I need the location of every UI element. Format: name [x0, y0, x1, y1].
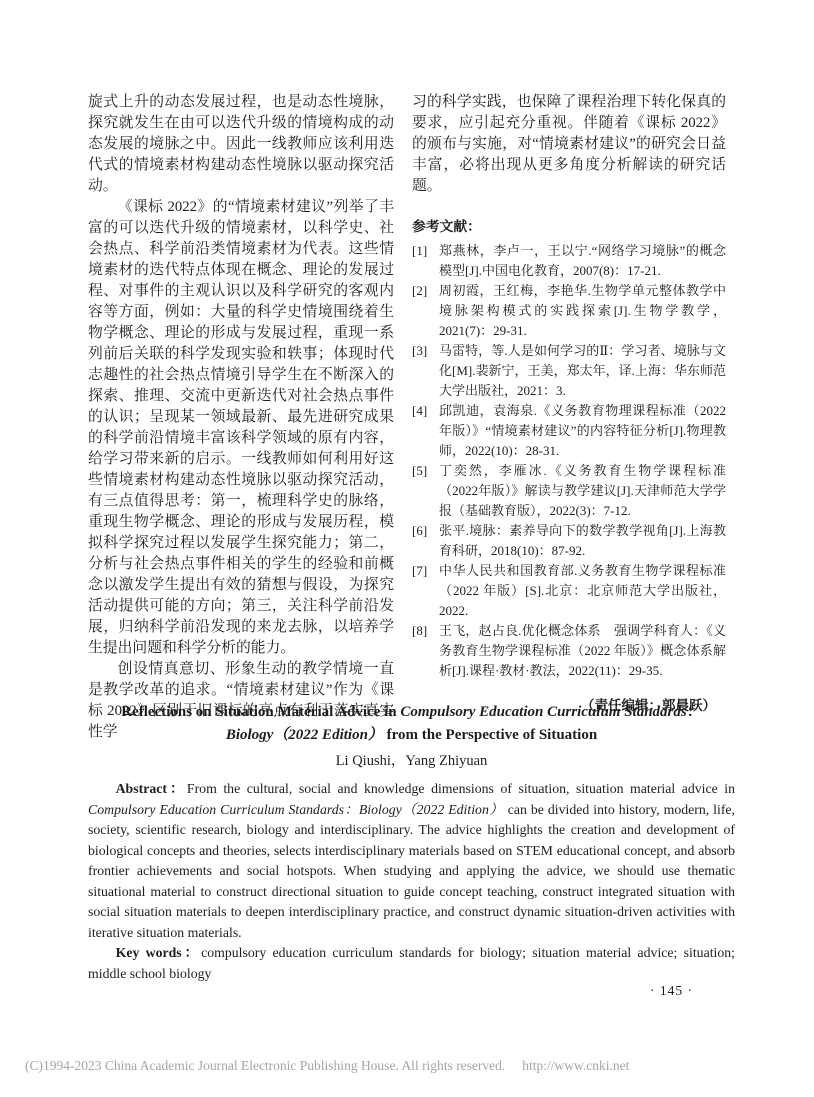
- reference-text: 周初霞，王红梅，李艳华.生物学单元整体教学中境脉架构模式的实践探索[J].生物学…: [439, 283, 726, 338]
- reference-item: [1]郑燕林，李卢一，王以宁.“网络学习境脉”的概念模型[J].中国电化教育，2…: [412, 241, 726, 281]
- reference-item: [4]邱凯迪，袁海泉.《义务教育物理课程标准（2022年版）》“情境素材建议”的…: [412, 401, 726, 461]
- abstract-text: From the cultural, social and knowledge …: [187, 781, 735, 796]
- title-text: Reflections on Situation Material Advice…: [121, 704, 400, 720]
- reference-item: [2]周初霞，王红梅，李艳华.生物学单元整体教学中境脉架构模式的实践探索[J].…: [412, 281, 726, 341]
- reference-number: [2]: [412, 281, 427, 301]
- english-title: Reflections on Situation Material Advice…: [88, 701, 735, 747]
- abstract-label: Abstract：: [116, 781, 187, 796]
- abstract-italic-text: Compulsory Education Curriculum Standard…: [88, 802, 504, 817]
- left-column: 旋式上升的动态发展过程，也是动态性境脉，探究就发生在由可以迭代升级的情境构成的动…: [88, 92, 394, 743]
- authors: Li Qiushi，Yang Zhiyuan: [88, 750, 735, 772]
- english-section: Reflections on Situation Material Advice…: [88, 701, 735, 984]
- reference-number: [5]: [412, 461, 427, 481]
- body-paragraph: 旋式上升的动态发展过程，也是动态性境脉，探究就发生在由可以迭代升级的情境构成的动…: [88, 92, 394, 197]
- footer-copyright: (C)1994-2023 China Academic Journal Elec…: [25, 1058, 505, 1073]
- title-text: from the Perspective of Situation: [383, 727, 597, 743]
- keywords-label: Key words：: [116, 945, 202, 960]
- abstract: Abstract：From the cultural, social and k…: [88, 779, 735, 943]
- reference-number: [3]: [412, 341, 427, 361]
- reference-text: 郑燕林，李卢一，王以宁.“网络学习境脉”的概念模型[J].中国电化教育，2007…: [439, 243, 726, 278]
- reference-number: [8]: [412, 621, 427, 641]
- references-list: [1]郑燕林，李卢一，王以宁.“网络学习境脉”的概念模型[J].中国电化教育，2…: [412, 241, 726, 681]
- reference-item: [6]张平.境脉：素养导向下的数学教学视角[J].上海教育科研，2018(10)…: [412, 521, 726, 561]
- title-italic-text: Compulsory Education Curriculum Standard…: [400, 704, 686, 720]
- abstract-text: can be divided into history, modern, lif…: [88, 802, 735, 940]
- reference-item: [3]马雷特，等.人是如何学习的Ⅱ：学习者、境脉与文化[M].裴新宁，王美，郑太…: [412, 341, 726, 401]
- footer-url: http://www.cnki.net: [522, 1058, 629, 1073]
- title-italic-text: Biology（2022 Edition）: [226, 727, 383, 743]
- reference-item: [5]丁奕然，李雁冰.《义务教育生物学课程标准（2022年版）》解读与教学建议[…: [412, 461, 726, 521]
- paper-page: { "page": { "left_column": { "para1": "旋…: [0, 0, 814, 1097]
- title-text: ：: [687, 704, 702, 720]
- reference-number: [1]: [412, 241, 427, 261]
- footer: (C)1994-2023 China Academic Journal Elec…: [25, 1058, 785, 1074]
- page-number: · 145 ·: [650, 983, 693, 999]
- reference-text: 中华人民共和国教育部.义务教育生物学课程标准（2022 年版）[S].北京：北京…: [439, 563, 726, 618]
- reference-number: [4]: [412, 401, 427, 421]
- keywords: Key words：compulsory education curriculu…: [88, 943, 735, 984]
- reference-number: [6]: [412, 521, 427, 541]
- body-paragraph: 《课标 2022》的“情境素材建议”列举了丰富的可以迭代升级的情境素材，以科学史…: [88, 197, 394, 659]
- reference-item: [7]中华人民共和国教育部.义务教育生物学课程标准（2022 年版）[S].北京…: [412, 561, 726, 621]
- references-heading: 参考文献：: [412, 217, 726, 237]
- right-column: 习的科学实践，也保障了课程治理下转化保真的要求，应引起充分重视。伴随着《课标 2…: [412, 92, 726, 714]
- reference-text: 丁奕然，李雁冰.《义务教育生物学课程标准（2022年版）》解读与教学建议[J].…: [439, 463, 726, 518]
- reference-text: 邱凯迪，袁海泉.《义务教育物理课程标准（2022年版）》“情境素材建议”的内容特…: [439, 403, 726, 458]
- reference-number: [7]: [412, 561, 427, 581]
- reference-text: 马雷特，等.人是如何学习的Ⅱ：学习者、境脉与文化[M].裴新宁，王美，郑太年，译…: [439, 343, 726, 398]
- reference-text: 王飞，赵占良.优化概念体系 强调学科育人：《义务教育生物学课程标准（2022 年…: [439, 623, 726, 678]
- reference-item: [8]王飞，赵占良.优化概念体系 强调学科育人：《义务教育生物学课程标准（202…: [412, 621, 726, 681]
- reference-text: 张平.境脉：素养导向下的数学教学视角[J].上海教育科研，2018(10)：87…: [439, 523, 726, 558]
- body-paragraph: 习的科学实践，也保障了课程治理下转化保真的要求，应引起充分重视。伴随着《课标 2…: [412, 92, 726, 197]
